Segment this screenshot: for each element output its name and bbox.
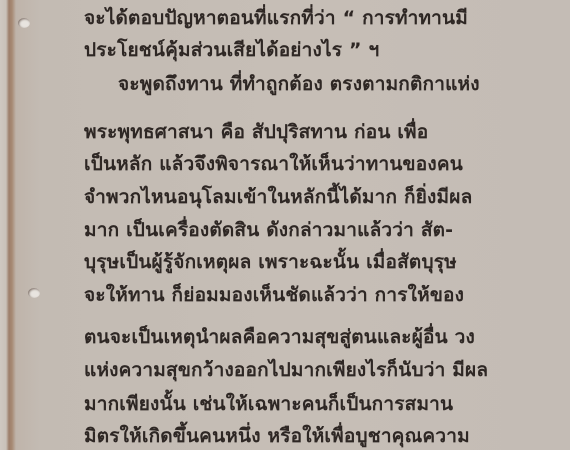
binding-hole (18, 18, 30, 28)
text-line: จำพวกไหนอนุโลมเข้าในหลักนี้ได้มาก ก็ยิ่ง… (84, 185, 472, 209)
text-line: ประโยชน์คุ้มส่วนเสียได้อย่างไร ” ฯ (84, 38, 379, 62)
text-line: เป็นหลัก แล้วจึงพิจารณาให้เห็นว่าทานของค… (84, 152, 463, 176)
text-line: มากเพียงนั้น เช่นให้เฉพาะคนก็เป็นการสมาน (84, 392, 453, 416)
text-line: มิตรให้เกิดขึ้นคนหนึ่ง หรือให้เพื่อบูชาค… (84, 424, 470, 448)
text-line: จะพูดถึงทาน ที่ทำถูกต้อง ตรงตามกติกาแห่ง (118, 72, 480, 96)
text-line: จะได้ตอบปัญหาตอนที่แรกที่ว่า “ การทำทานม… (84, 6, 468, 30)
binding-hole (28, 288, 40, 298)
book-page: จะได้ตอบปัญหาตอนที่แรกที่ว่า “ การทำทานม… (0, 0, 570, 450)
text-line: พระพุทธศาสนา คือ สัปปุริสทาน ก่อน เพื่อ (84, 120, 428, 144)
text-line: จะให้ทาน ก็ย่อมมองเห็นชัดแล้วว่า การให้ข… (84, 283, 464, 307)
text-line: บุรุษเป็นผู้รู้จักเหตุผล เพราะฉะนั้น เมื… (84, 250, 457, 274)
text-line: ตนจะเป็นเหตุนำผลคือความสุขสู่ตนและผู้อื่… (84, 325, 475, 349)
text-line: แห่งความสุขกว้างออกไปมากเพียงไรก็นับว่า … (84, 358, 488, 382)
text-line: มาก เป็นเครื่องตัดสิน ดังกล่าวมาแล้วว่า … (84, 218, 453, 242)
